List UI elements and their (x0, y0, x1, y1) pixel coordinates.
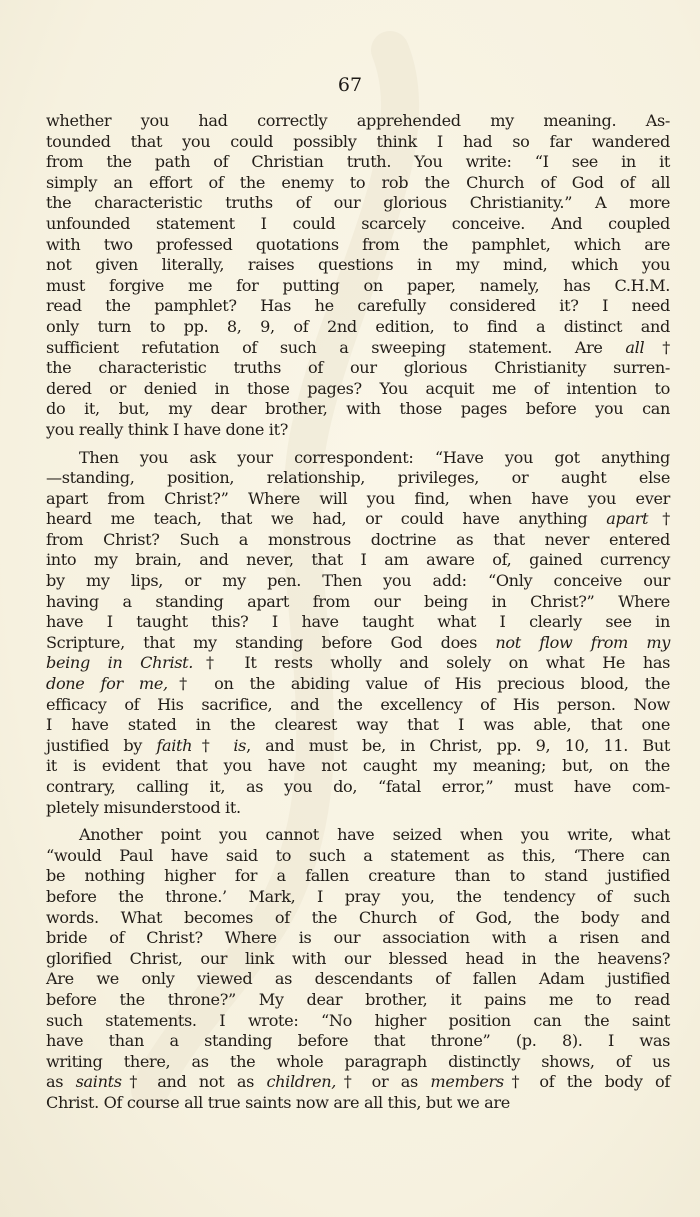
text-segment: with two professed quotations from the p… (46, 235, 670, 254)
text-segment: bride of Christ? Where is our associatio… (46, 928, 670, 947)
text-line: before the throne.’ Mark, I pray you, th… (46, 887, 670, 908)
text-segment: from Christ? Such a monstrous doctrine a… (46, 530, 670, 549)
text-line: dered or denied in those pages? You acqu… (46, 379, 670, 400)
italic-text: apart (606, 509, 648, 528)
text-line: you really think I have done it? (46, 420, 670, 441)
text-line: the characteristic truths of our gloriou… (46, 193, 670, 214)
text-segment: glorified Christ, our link with our bles… (46, 949, 670, 968)
italic-text: saints (76, 1072, 122, 1091)
text-line: done for me,† on the abiding value of Hi… (46, 674, 670, 695)
text-segment: , and must be, in Christ, pp. 9, 10, 11.… (246, 736, 670, 755)
text-line: Another point you cannot have seized whe… (46, 825, 670, 846)
text-line: before the throne?” My dear brother, it … (46, 990, 670, 1011)
text-segment: † on the abiding value of His precious b… (168, 674, 670, 693)
text-segment: the characteristic truths of our gloriou… (46, 193, 670, 212)
text-segment: by my lips, or my pen. Then you add: “On… (46, 571, 670, 590)
book-page: 67 whether you had correctly apprehended… (0, 0, 700, 1217)
text-segment: Then you ask your correspondent: “Have y… (79, 448, 670, 467)
text-segment: † and not as (122, 1072, 267, 1091)
text-segment: have than a standing before that throne”… (46, 1031, 670, 1050)
text-segment: simply an effort of the enemy to rob the… (46, 173, 670, 192)
text-line: Scripture, that my standing before God d… (46, 633, 670, 654)
text-line: by my lips, or my pen. Then you add: “On… (46, 571, 670, 592)
text-segment: whether you had correctly apprehended my… (46, 111, 670, 130)
italic-text: children, (267, 1072, 337, 1091)
text-segment: from the path of Christian truth. You wr… (46, 152, 670, 171)
italic-text: faith (156, 736, 192, 755)
text-segment: into my brain, and never, that I am awar… (46, 550, 670, 569)
text-segment: do it, but, my dear brother, with those … (46, 399, 670, 418)
text-segment: sufficient refutation of such a sweeping… (46, 338, 625, 357)
text-segment: I have stated in the clearest way that I… (46, 715, 670, 734)
text-segment: † It rests wholly and solely on what He … (193, 653, 670, 672)
text-segment: writing there, as the whole paragraph di… (46, 1052, 670, 1071)
text-line: be nothing higher for a fallen creature … (46, 866, 670, 887)
text-segment: as (46, 1072, 76, 1091)
text-line: the characteristic truths of our gloriou… (46, 358, 670, 379)
text-line: into my brain, and never, that I am awar… (46, 550, 670, 571)
text-line: bride of Christ? Where is our associatio… (46, 928, 670, 949)
text-line: simply an effort of the enemy to rob the… (46, 173, 670, 194)
italic-text: all (625, 338, 644, 357)
text-line: it is evident that you have not caught m… (46, 756, 670, 777)
text-segment: dered or denied in those pages? You acqu… (46, 379, 670, 398)
text-line: with two professed quotations from the p… (46, 235, 670, 256)
text-line: Then you ask your correspondent: “Have y… (46, 448, 670, 469)
text-segment: tounded that you could possibly think I … (46, 132, 670, 151)
italic-text: is (233, 736, 246, 755)
italic-text: being in Christ. (46, 653, 193, 672)
text-line: “would Paul have said to such a statemen… (46, 846, 670, 867)
text-segment: † (192, 736, 233, 755)
text-line: writing there, as the whole paragraph di… (46, 1052, 670, 1073)
text-segment: efficacy of His sacrifice, and the excel… (46, 695, 670, 714)
text-segment: not given literally, raises questions in… (46, 255, 670, 274)
italic-text: done for me, (46, 674, 168, 693)
text-line: must forgive me for putting on paper, na… (46, 276, 670, 297)
text-line: having a standing apart from our being i… (46, 592, 670, 613)
text-segment: only turn to pp. 8, 9, of 2nd edition, t… (46, 317, 670, 336)
text-line: whether you had correctly apprehended my… (46, 111, 670, 132)
text-segment: heard me teach, that we had, or could ha… (46, 509, 606, 528)
text-line: as saints† and not as children,† or as m… (46, 1072, 670, 1093)
text-segment: pletely misunderstood it. (46, 798, 241, 817)
text-segment: † of the body of (504, 1072, 670, 1091)
text-line: have than a standing before that throne”… (46, 1031, 670, 1052)
text-segment: must forgive me for putting on paper, na… (46, 276, 670, 295)
text-line: apart from Christ?” Where will you find,… (46, 489, 670, 510)
text-line: sufficient refutation of such a sweeping… (46, 338, 670, 359)
text-line: not given literally, raises questions in… (46, 255, 670, 276)
text-line: I have stated in the clearest way that I… (46, 715, 670, 736)
paragraph: Then you ask your correspondent: “Have y… (46, 448, 670, 819)
text-segment: justified by (46, 736, 156, 755)
text-line: contrary, calling it, as you do, “fatal … (46, 777, 670, 798)
text-line: such statements. I wrote: “No higher pos… (46, 1011, 670, 1032)
text-line: from the path of Christian truth. You wr… (46, 152, 670, 173)
text-segment: words. What becomes of the Church of God… (46, 908, 670, 927)
text-line: pletely misunderstood it. (46, 798, 670, 819)
text-line: have I taught this? I have taught what I… (46, 612, 670, 633)
text-segment: it is evident that you have not caught m… (46, 756, 670, 775)
text-segment: you really think I have done it? (46, 420, 288, 439)
text-segment: have I taught this? I have taught what I… (46, 612, 670, 631)
text-line: —standing, position, relationship, privi… (46, 468, 670, 489)
page-number: 67 (0, 74, 700, 96)
text-line: glorified Christ, our link with our bles… (46, 949, 670, 970)
text-segment: the characteristic truths of our gloriou… (46, 358, 670, 377)
text-line: words. What becomes of the Church of God… (46, 908, 670, 929)
italic-text: members (430, 1072, 503, 1091)
text-line: unfounded statement I could scarcely con… (46, 214, 670, 235)
text-segment: † (644, 338, 670, 357)
text-segment: unfounded statement I could scarcely con… (46, 214, 670, 233)
text-segment: Another point you cannot have seized whe… (79, 825, 670, 844)
text-segment: such statements. I wrote: “No higher pos… (46, 1011, 670, 1030)
text-segment: apart from Christ?” Where will you find,… (46, 489, 670, 508)
text-line: efficacy of His sacrifice, and the excel… (46, 695, 670, 716)
text-segment: having a standing apart from our being i… (46, 592, 670, 611)
text-segment: Scripture, that my standing before God d… (46, 633, 495, 652)
text-line: do it, but, my dear brother, with those … (46, 399, 670, 420)
text-segment: be nothing higher for a fallen creature … (46, 866, 670, 885)
text-segment: before the throne.’ Mark, I pray you, th… (46, 887, 670, 906)
text-line: Christ. Of course all true saints now ar… (46, 1093, 670, 1114)
text-segment: read the pamphlet? Has he carefully cons… (46, 296, 670, 315)
text-line: Are we only viewed as descendants of fal… (46, 969, 670, 990)
text-segment: † or as (336, 1072, 430, 1091)
text-line: justified by faith† is, and must be, in … (46, 736, 670, 757)
text-segment: Christ. Of course all true saints now ar… (46, 1093, 510, 1112)
text-segment: contrary, calling it, as you do, “fatal … (46, 777, 670, 796)
text-segment: † (648, 509, 670, 528)
paragraph: Another point you cannot have seized whe… (46, 825, 670, 1113)
text-line: being in Christ.† It rests wholly and so… (46, 653, 670, 674)
italic-text: not flow from my (495, 633, 670, 652)
text-line: tounded that you could possibly think I … (46, 132, 670, 153)
text-line: only turn to pp. 8, 9, of 2nd edition, t… (46, 317, 670, 338)
text-line: heard me teach, that we had, or could ha… (46, 509, 670, 530)
text-segment: Are we only viewed as descendants of fal… (46, 969, 670, 988)
text-line: read the pamphlet? Has he carefully cons… (46, 296, 670, 317)
text-segment: before the throne?” My dear brother, it … (46, 990, 670, 1009)
body-text: whether you had correctly apprehended my… (46, 111, 670, 1121)
text-segment: “would Paul have said to such a statemen… (46, 846, 670, 865)
text-segment: —standing, position, relationship, privi… (46, 468, 670, 487)
text-line: from Christ? Such a monstrous doctrine a… (46, 530, 670, 551)
paragraph: whether you had correctly apprehended my… (46, 111, 670, 441)
